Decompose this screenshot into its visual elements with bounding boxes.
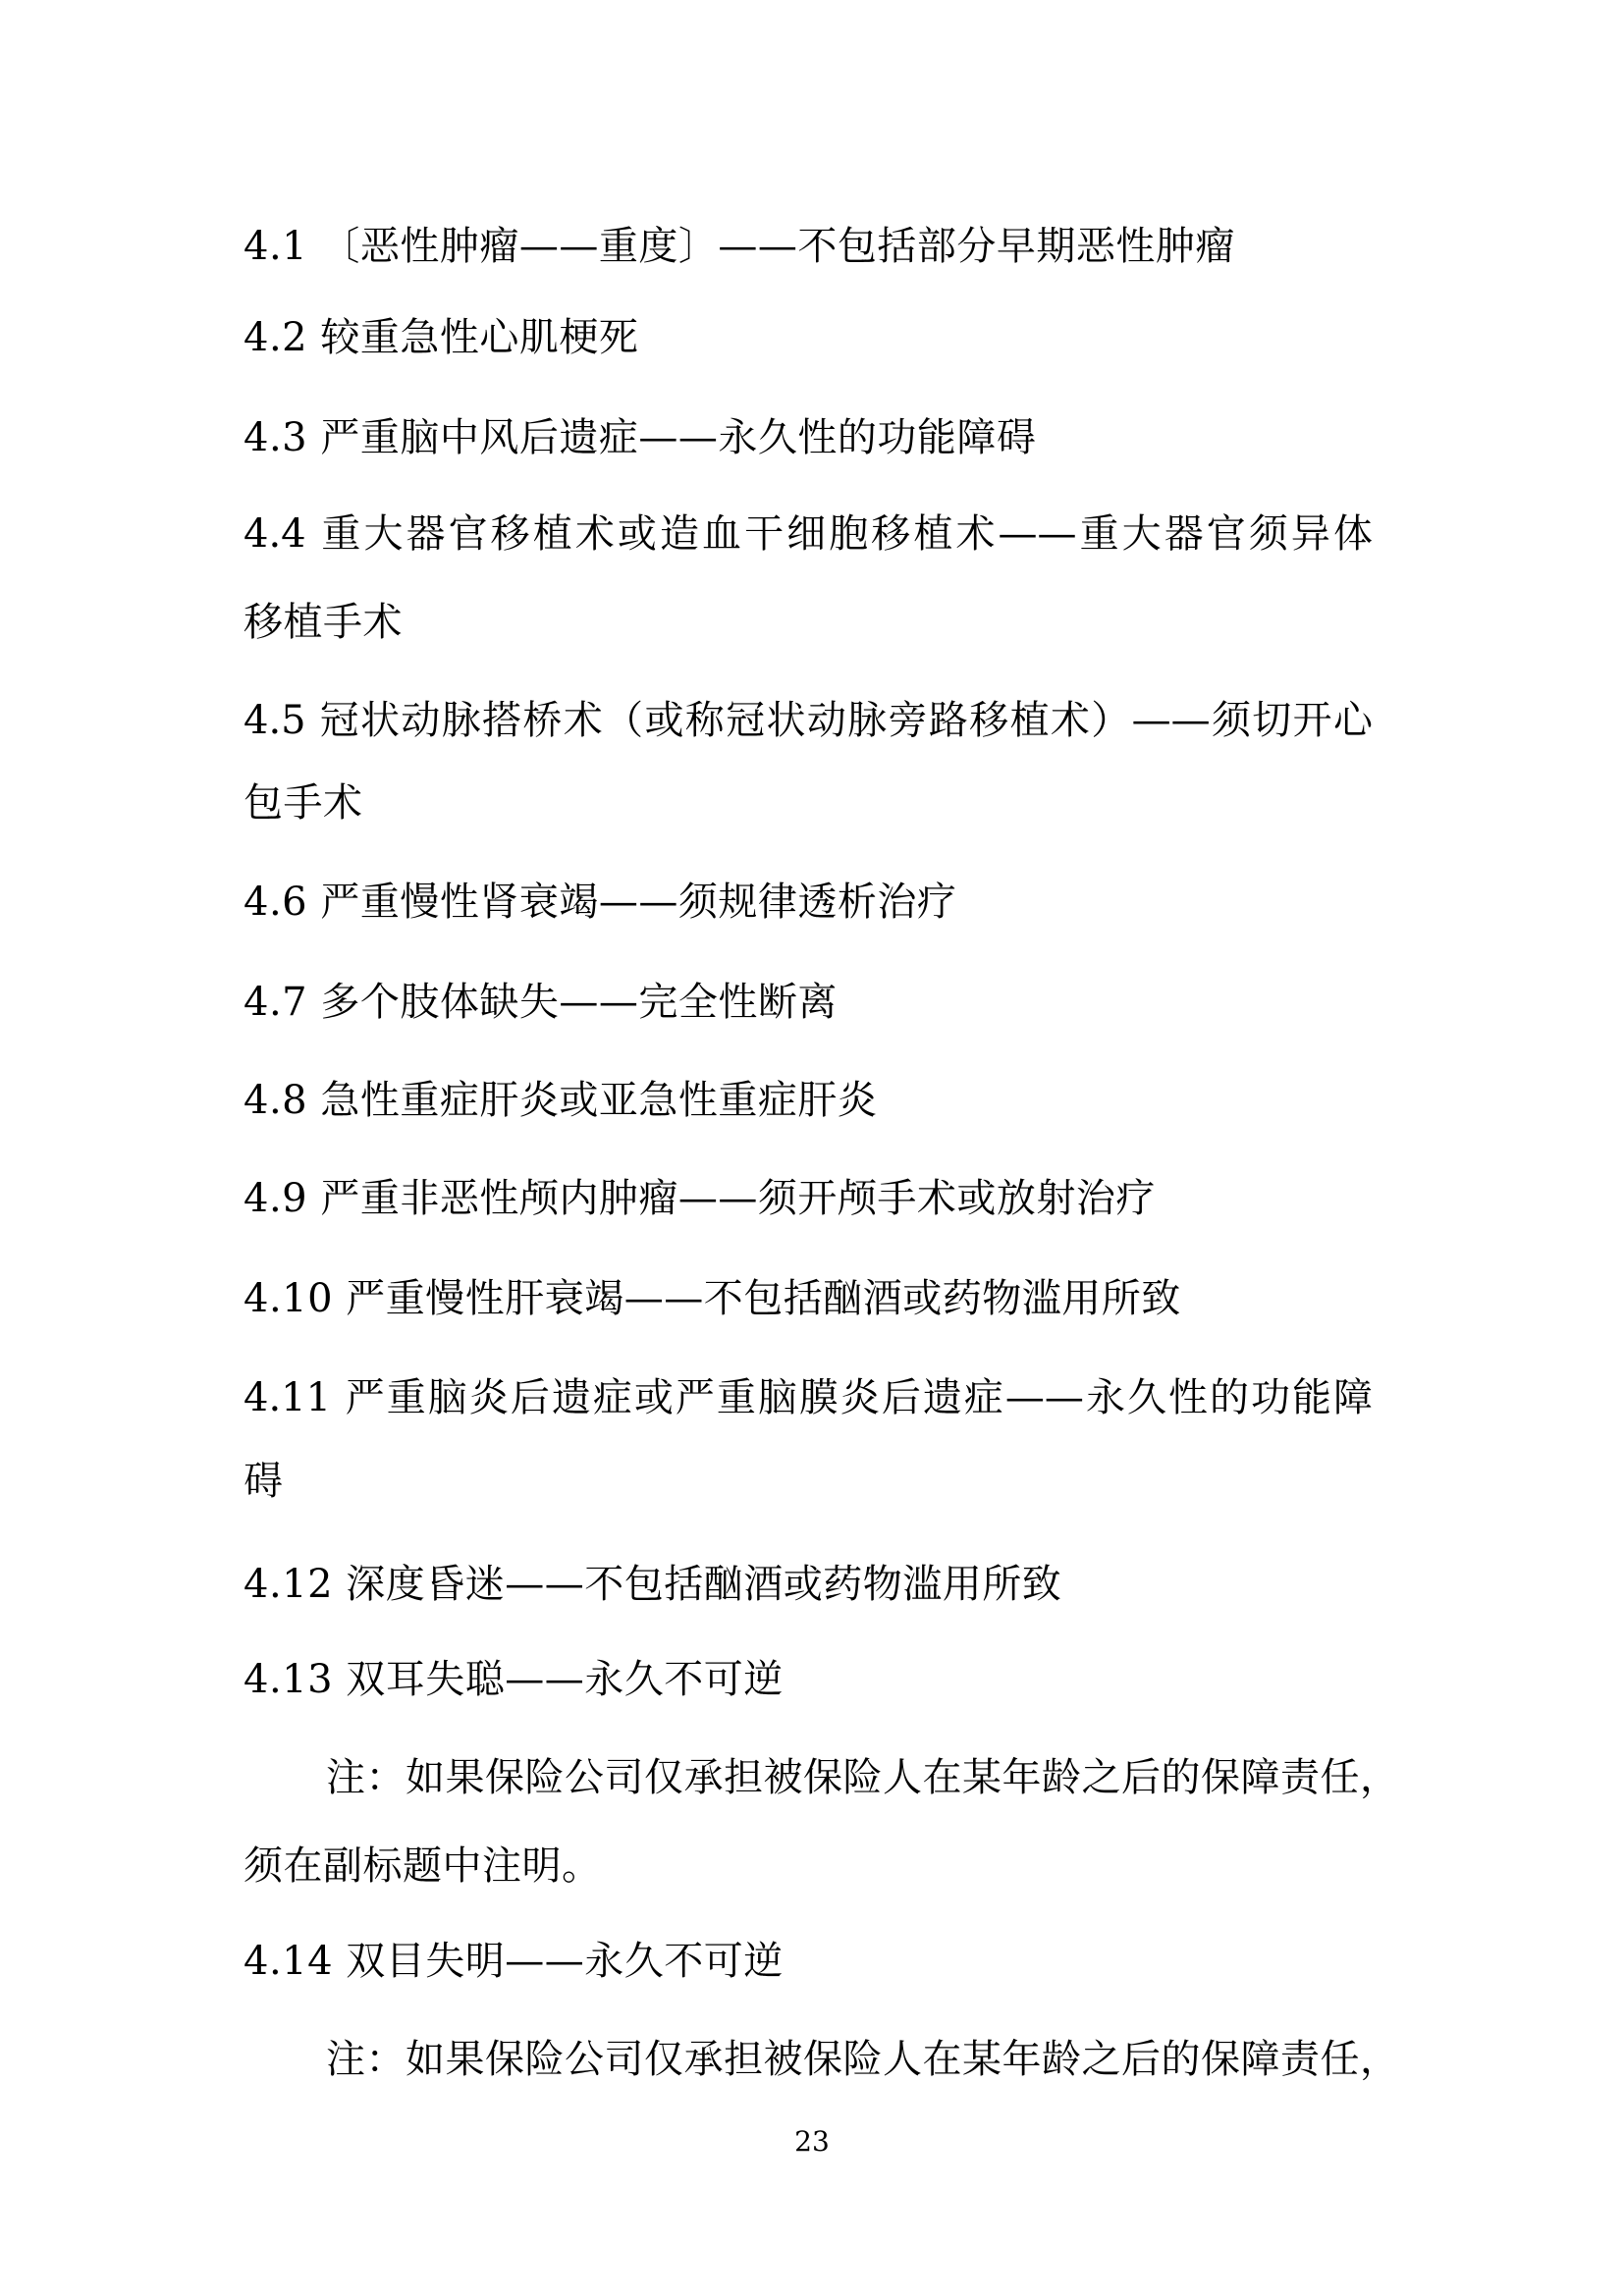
document-page: 23 4.1 〔恶性肿瘤——重度〕——不包括部分早期恶性肿瘤4.2 较重急性心肌… [0,0,1624,2296]
clause-item-line: 4.13 双耳失聪——永久不可逆 [244,1657,784,1702]
clause-item-line: 4.14 双目失明——永久不可逆 [244,1939,784,1984]
clause-item-line: 4.5 冠状动脉搭桥术（或称冠状动脉旁路移植术）——须切开心 [244,698,1373,743]
clause-item-line: 4.12 深度昏迷——不包括酗酒或药物滥用所致 [244,1562,1061,1607]
clause-item-line: 4.3 严重脑中风后遗症——永久性的功能障碍 [244,415,1036,460]
clause-item-line: 4.4 重大器官移植术或造血干细胞移植术——重大器官须异体 [244,511,1373,557]
clause-item-line: 4.1 〔恶性肿瘤——重度〕——不包括部分早期恶性肿瘤 [244,224,1235,269]
clause-wrap-line: 碍 [244,1459,284,1504]
clause-item-line: 4.10 严重慢性肝衰竭——不包括酗酒或药物滥用所致 [244,1276,1181,1321]
clause-item-line: 4.2 较重急性心肌梗死 [244,315,638,360]
clause-item-line: 4.7 多个肢体缺失——完全性断离 [244,980,838,1025]
clause-wrap-line: 移植手术 [244,600,403,645]
clause-item-line: 4.8 急性重症肝炎或亚急性重症肝炎 [244,1078,877,1123]
note-wrap-line: 须在副标题中注明。 [244,1843,602,1889]
clause-wrap-line: 包手术 [244,780,363,826]
page-number: 23 [0,2126,1624,2158]
note-line: 注：如果保险公司仅承担被保险人在某年龄之后的保障责任， [326,1755,1400,1800]
clause-item-line: 4.9 严重非恶性颅内肿瘤——须开颅手术或放射治疗 [244,1176,1156,1221]
clause-item-line: 4.6 严重慢性肾衰竭——须规律透析治疗 [244,880,956,925]
clause-item-line: 4.11 严重脑炎后遗症或严重脑膜炎后遗症——永久性的功能障 [244,1375,1373,1420]
note-line: 注：如果保险公司仅承担被保险人在某年龄之后的保障责任， [326,2037,1400,2082]
